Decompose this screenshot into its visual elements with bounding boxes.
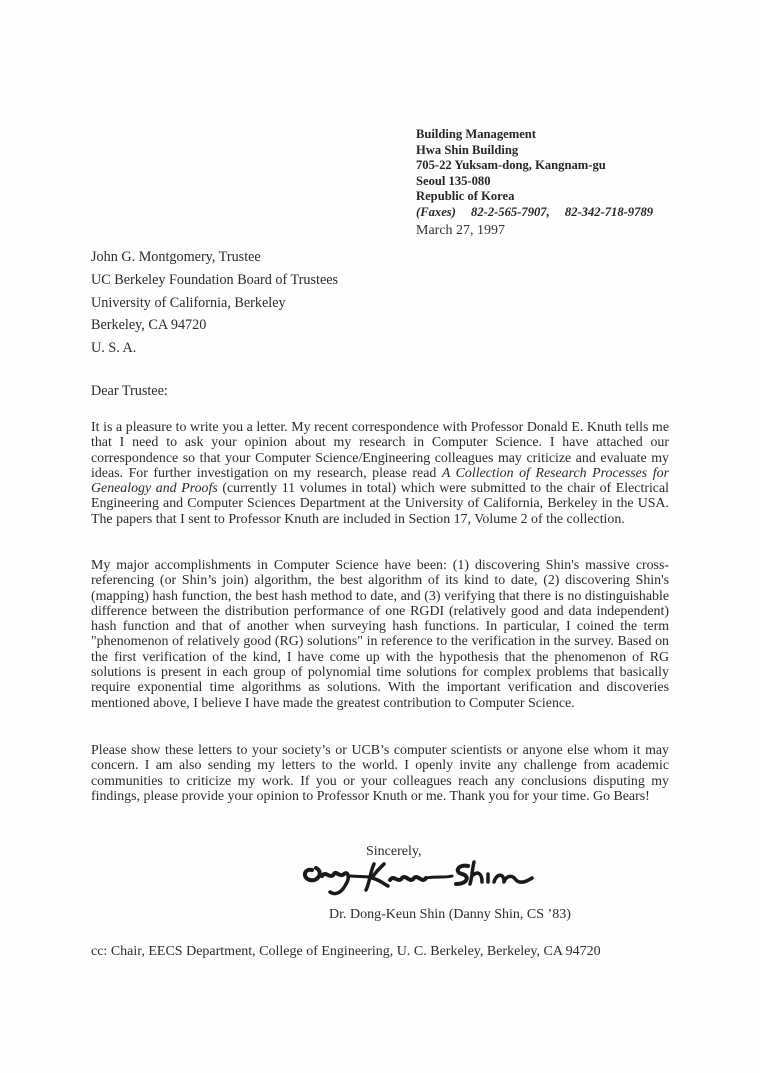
letterhead-line: Republic of Korea [416,189,653,205]
body-paragraph-1: It is a pleasure to write you a letter. … [91,420,669,527]
cc-line: cc: Chair, EECS Department, College of E… [91,944,601,960]
recipient-address: John G. Montgomery, Trustee UC Berkeley … [91,246,338,360]
letterhead-line: Building Management [416,127,653,143]
letterhead: Building Management Hwa Shin Building 70… [416,127,653,221]
handwritten-signature-icon [300,856,540,898]
letterhead-line: Seoul 135-080 [416,174,653,190]
fax-number: 82-2-565-7907, [471,205,550,219]
recipient-line: U. S. A. [91,337,338,360]
recipient-line: Berkeley, CA 94720 [91,314,338,337]
fax-line: (Faxes) 82-2-565-7907, 82-342-718-9789 [416,205,653,221]
letterhead-line: 705-22 Yuksam-dong, Kangnam-gu [416,158,653,174]
letter-date: March 27, 1997 [416,223,505,239]
fax-number: 82-342-718-9789 [565,205,653,219]
letterhead-line: Hwa Shin Building [416,143,653,159]
recipient-line: John G. Montgomery, Trustee [91,246,338,269]
signer-name: Dr. Dong-Keun Shin (Danny Shin, CS ’83) [329,907,571,923]
fax-label: (Faxes) [416,205,456,219]
letter-page: Building Management Hwa Shin Building 70… [0,0,760,1073]
recipient-line: UC Berkeley Foundation Board of Trustees [91,269,338,292]
body-paragraph-3: Please show these letters to your societ… [91,743,669,804]
salutation: Dear Trustee: [91,383,168,400]
body-paragraph-2: My major accomplishments in Computer Sci… [91,558,669,711]
recipient-line: University of California, Berkeley [91,292,338,315]
